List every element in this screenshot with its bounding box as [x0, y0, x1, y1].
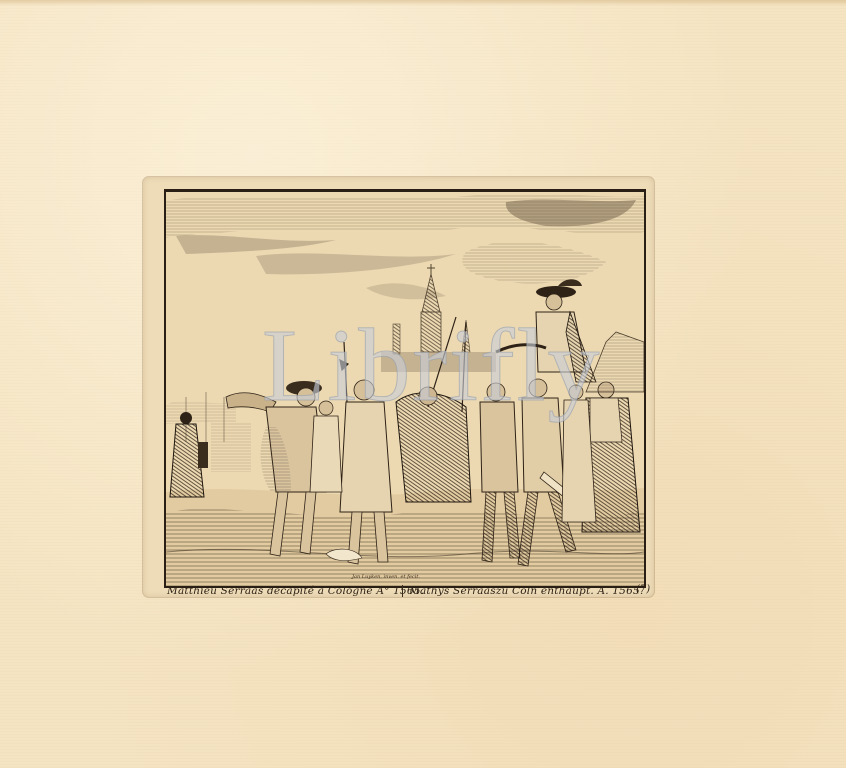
engraver-credit: Jan Luyken, inven. et fecit. — [352, 574, 472, 580]
paper-edge-shadow — [0, 0, 846, 6]
engraving-scene — [166, 192, 644, 586]
caption-french: Matthieu Serraas decapité a Cologne A° 1… — [167, 585, 424, 597]
paper-sheet: Librifly Jan Luyken, inven. et fecit. Ma… — [0, 0, 846, 768]
caption-dutch: Mathys Serraaszu Cöln enthäupt. A. 1565. — [402, 585, 643, 597]
plate-number: (7) — [636, 584, 650, 595]
engraving-image — [164, 189, 646, 588]
